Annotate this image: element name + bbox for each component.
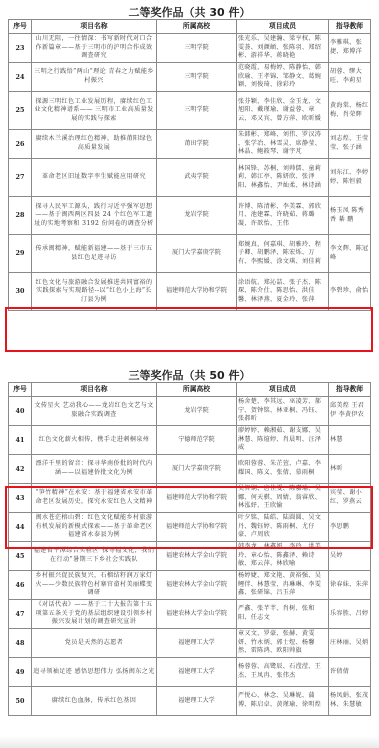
row-school: 福建农林大学金山学院 — [157, 542, 237, 571]
row-members: 严鑫、张芊芊、肖树、张和阳、任志文 — [237, 600, 329, 629]
row-members: 廖婷婷、赖湘茹、谢支娜、吴淋慧、陈煊婷、肖晨明、汪泽威 — [237, 426, 329, 455]
row-no: 42 — [9, 455, 32, 484]
row-no: 49 — [9, 658, 32, 687]
table-row: 27 革命老区旧址数字孪生赋能应用研究 武夷学院 林国锋、苏桐、刘帅儒、童莉莉、… — [9, 159, 371, 197]
row-school: 三明学院 — [157, 92, 237, 130]
row-school: 福建理工大学 — [157, 658, 237, 687]
row-teacher: 吴婷 — [329, 542, 371, 571]
table-row: 49 追寻领袖足迹 感悟思想伟力 弘扬闽东之光 福建理工大学 杨蓉蓉、高鹭辰、石… — [9, 658, 371, 687]
row-school: 龙岩学院 — [157, 197, 237, 235]
row-project-name: 红色文化与旅游融合发展推进共同富裕的实践探索与实现路径--以“红色小上海”长汀县… — [32, 273, 157, 311]
row-teacher: 杨凤娟、张茂林、朱慧敏 — [329, 687, 371, 716]
header-teacher: 指导教师 — [329, 383, 371, 397]
row-school: 福建理工大学 — [157, 629, 237, 658]
row-project-name: 探源三明红色工业发展历程，赓续红色工业文化精神谱系—— 三明市工业高质量发展的实… — [32, 92, 157, 130]
row-no: 24 — [9, 63, 32, 92]
row-members: 张芬颖、李佳欣、金玉龙、文旭阳、戴瑾瑜、谢益蓉、章云、邓又宾、曾方萍、欧昕媛 — [237, 92, 329, 130]
row-teacher: 胡蓉、缪大旺、李莉星 — [329, 63, 371, 92]
header-no: 序号 — [9, 20, 32, 34]
row-project-name: 赓续木兰溪治理红色精神，助推莆阳绿色高质量发展 — [32, 130, 157, 159]
row-members: 吴智娴、唐佳雯、陈嘉瑜、吴娜、何天骐、周婧、翁睿欣、林泓妤、王欣愉 — [237, 484, 329, 513]
row-no: 41 — [9, 426, 32, 455]
table-row: 28 探寻人民军工源头，践行习近平强军思想 ——基于闽西两区四县 24 个红色军… — [9, 197, 371, 235]
header-members: 项目成员 — [237, 20, 329, 34]
row-teacher: 刘志煌、王莹莹、张子涵 — [329, 130, 371, 159]
row-school: 武夷学院 — [157, 159, 237, 197]
header-project-name: 项目名称 — [32, 20, 157, 34]
row-teacher: 林昕 — [329, 455, 371, 484]
table-row: 50 赓续红色血脉，传承红色基因 福建理工大学 严悦心、林念、吴琳妮、蒲博、陈启… — [9, 687, 371, 716]
header-school: 所属高校 — [157, 20, 237, 34]
row-school: 宁德师范学院 — [157, 426, 237, 455]
row-members: 范晓霞、易梅婷、陈静怡、韩欣瑜、王孝锦、邹静文、葛婉颖、刘俊琦、徐彩玲 — [237, 63, 329, 92]
table-row: 45 福建省平潭综合实验区“探寻福文化，我们在行动”暑期三下乡社会实践队 福建农… — [9, 542, 371, 571]
table-row: 48 党员是天然的志愿者 福建理工大学 章又文、罗豪、张赫、黄雯妍、竹永炳、郭士… — [9, 629, 371, 658]
row-project-name: 追寻领袖足迹 感悟思想伟力 弘扬闽东之光 — [32, 658, 157, 687]
row-teacher: 许倩倩 — [329, 658, 371, 687]
table-row-highlighted: 30 红色文化与旅游融合发展推进共同富裕的实践探索与实现路径--以“红色小上海”… — [9, 273, 371, 311]
table-row-highlighted: 43 “笋竹精神”在永安：基于福建省永安市革命老区发展历史，探究永安红色人文精神… — [9, 484, 371, 513]
table-row: 29 传承闽精神，赋能新福建——基于三市五县红色足迹寻访 厦门大学嘉庚学院 郑婉… — [9, 235, 371, 273]
row-no: 30 — [9, 273, 32, 311]
row-members: 严悦心、林念、吴琳妮、蒲博、陈启卓、黄瑾瑜、徐明煌 — [237, 687, 329, 716]
table-row: 25 探源三明红色工业发展历程，赓续红色工业文化精神谱系—— 三明市工业高质量发… — [9, 92, 371, 130]
row-school: 厦门大学嘉庚学院 — [157, 235, 237, 273]
table-row: 40 文传星火 艺动我心——龙岩红色文艺与文旅融合实践调查 龙岩学院 杨舍楚、李… — [9, 397, 371, 426]
table-row: 24 三明之行践悟”两山“理论 青春之力赋能乡村振兴 三明学院 范晓霞、易梅婷、… — [9, 63, 371, 92]
row-members: 许博、陈清彬、李美霖、郭欣月、池建霖、许晓茹、蒋璐凝、许歆怡、王伟 — [237, 197, 329, 235]
second-prize-table: 序号 项目名称 所属高校 项目成员 指导教师 23 山川无阻，一往情深：书写新时… — [8, 19, 371, 311]
row-teacher: 杨玉凤 陈秀香 綦 鹏 — [329, 197, 371, 235]
row-teacher: 黄海棠、杨红梅、肖荣辉 — [329, 92, 371, 130]
row-no: 44 — [9, 513, 32, 542]
row-project-name: 文传星火 艺动我心——龙岩红色文艺与文旅融合实践调查 — [32, 397, 157, 426]
row-no: 50 — [9, 687, 32, 716]
table-row: 26 赓续木兰溪治理红色精神，助推莆阳绿色高质量发展 莆田学院 朱韩彬、郑峰、刘… — [9, 130, 371, 159]
row-school: 福建师范大学协和学院 — [157, 273, 237, 311]
row-no: 47 — [9, 600, 32, 629]
table-row: 23 山川无阻，一往情深：书写新时代对口合作新篇章——基于三明市的沪明合作成效调… — [9, 34, 371, 63]
row-project-name: “笋竹精神”在永安：基于福建省永安市革命老区发展历史，探究永安红色人文精神 — [32, 484, 157, 513]
row-teacher: 宾莹、谢小红、罗燕云 — [329, 484, 371, 513]
row-project-name: 山川无阻，一往情深：书写新时代对口合作新篇章——基于三明市的沪明合作成效调查研究 — [32, 34, 157, 63]
row-no: 26 — [9, 130, 32, 159]
row-project-name: 闽水苍茫榕山碧：红色文化赋能乡村旅游有机发展的新模式探索——基于革命老区福建省永… — [32, 513, 157, 542]
row-school: 福建农林大学金山学院 — [157, 571, 237, 600]
row-project-name: 党员是天然的志愿者 — [32, 629, 157, 658]
row-no: 48 — [9, 629, 32, 658]
header-project-name: 项目名称 — [32, 383, 157, 397]
row-teacher: 庄林丽、吴炳 — [329, 629, 371, 658]
row-project-name: 革命老区旧址数字孪生赋能应用研究 — [32, 159, 157, 197]
row-school: 福建农林大学金山学院 — [157, 600, 237, 629]
row-no: 40 — [9, 397, 32, 426]
row-teacher: 林慧 — [329, 426, 371, 455]
row-teacher: 李文辉、陈冠峰 — [329, 235, 371, 273]
row-project-name: 漂洋千里的留音：探寻华南侨批的时代内涵——以福建侨批文化为例 — [32, 455, 157, 484]
table-row: 41 红色文化薪火相传，携手走进刺桐泉州 宁德师范学院 廖婷婷、赖湘茹、谢支娜、… — [9, 426, 371, 455]
row-teacher: 李思鹏 — [329, 513, 371, 542]
row-school: 三明学院 — [157, 63, 237, 92]
row-school: 福建师范大学协和学院 — [157, 484, 237, 513]
row-project-name: 三明之行践悟”两山“理论 青春之力赋能乡村振兴 — [32, 63, 157, 92]
table-row: 46 乡村振兴促民族复兴，石榴结籽润万家灯火——少数民族特色村寨官畲村美丽蝶变调… — [9, 571, 371, 600]
table-row: 42 漂洋千里的留音：探寻华南侨批的时代内涵——以福建侨批文化为例 厦门大学嘉庚… — [9, 455, 371, 484]
table-header-row: 序号 项目名称 所属高校 项目成员 指导教师 — [9, 383, 371, 397]
row-no: 45 — [9, 542, 32, 571]
row-project-name: 赓续红色血脉，传承红色基因 — [32, 687, 157, 716]
row-teacher: 李雅琪、张捷、郑博洋 — [329, 34, 371, 63]
row-members: 朱韩彬、郑峰、刘伟、罗汉涛 、张学冶、林雪灵、席静莹、 林晶、鲍筱琴、谢宇芃 — [237, 130, 329, 159]
row-members: 杨舍楚、李其远、巫凌芳、郝宁、贺钟铭、林亚桐、冯钰、张郝昕 — [237, 397, 329, 426]
row-teacher: 刘东江、李婷婷、陈恒毅 — [329, 159, 371, 197]
row-school: 福建理工大学 — [157, 687, 237, 716]
row-teacher: 邱美煌 王君伊 李黄伊农 — [329, 397, 371, 426]
section-title-third-prize: 三等奖作品（共 50 件） — [0, 367, 379, 383]
row-school: 福建师范大学协和学院 — [157, 513, 237, 542]
row-members: 林国锋、苏桐、刘帅儒、童莉莉、韩江亭、陈妍欣、张泽阳、林鑫怡、尹灿柔、林诗涵 — [237, 159, 329, 197]
row-no: 46 — [9, 571, 32, 600]
row-members: 韩李龙、林鑫妍、李玲、洪美玲、章心怡、陈鑫泽、赖诗敏、郑云萍、林欣喻 — [237, 542, 329, 571]
row-no: 43 — [9, 484, 32, 513]
bottom-fade — [0, 736, 379, 748]
row-project-name: 红色文化薪火相传，携手走进刺桐泉州 — [32, 426, 157, 455]
row-school: 三明学院 — [157, 34, 237, 63]
row-members: 张光乐、吴建瀚、梁亨权、陈雯荟、刘颜頔、张陈羽、郑绍彬、游祥华、蒋晓艳 — [237, 34, 329, 63]
header-no: 序号 — [9, 383, 32, 397]
row-project-name: 《对话代表》——基于二十大报告第十五项第五条关于党的基层组织建设引领乡村振兴发展… — [32, 600, 157, 629]
row-teacher: 乐容胜、吕婷 — [329, 600, 371, 629]
row-members: 章又文、罗豪、张赫、黄雯妍、竹永炳、郭士煜、杨馨然、雷陈鸿、欧阳帅旗 — [237, 629, 329, 658]
row-teacher: 李碧珍、俞怡 — [329, 273, 371, 311]
table-row: 47 《对话代表》——基于二十大报告第十五项第五条关于党的基层组织建设引领乡村振… — [9, 600, 371, 629]
row-project-name: 探寻人民军工源头，践行习近平强军思想 ——基于闽西两区四县 24 个红色军工遗址… — [32, 197, 157, 235]
row-no: 28 — [9, 197, 32, 235]
row-project-name: 传承闽精神，赋能新福建——基于三市五县红色足迹寻访 — [32, 235, 157, 273]
row-project-name: 乡村振兴促民族复兴，石榴结籽润万家灯火——少数民族特色村寨官畲村美丽蝶变调研 — [32, 571, 157, 600]
header-teacher: 指导教师 — [329, 20, 371, 34]
row-no: 23 — [9, 34, 32, 63]
row-members: 叶夕铭、陆皓、陆圆圆、吴文丹、魏钰婷、陈雨桐、尤仔豪、卢周欣 — [237, 513, 329, 542]
table-row-highlighted: 44 闽水苍茫榕山碧：红色文化赋能乡村旅游有机发展的新模式探索——基于革命老区福… — [9, 513, 371, 542]
row-members: 欧阳蓉蓉、朱芷萱、卢嘉、李耀国、陈义、张倩、慕雨桐 — [237, 455, 329, 484]
row-members: 杨蓉蓉、高鹭辰、石滢滢、王杰、王凤冉、张伟杰 — [237, 658, 329, 687]
row-school: 莆田学院 — [157, 130, 237, 159]
row-no: 27 — [9, 159, 32, 197]
row-school: 龙岩学院 — [157, 397, 237, 426]
table-header-row: 序号 项目名称 所属高校 项目成员 指导教师 — [9, 20, 371, 34]
row-members: 涂语航、郑沁喆、张子杰、陈琛、陈介仕、陈思怡、洪佳馨、林泽燕、夏金玲、张萍 — [237, 273, 329, 311]
header-school: 所属高校 — [157, 383, 237, 397]
row-members: 杨婷婕、郑文艳、黄裕强、吴鲤伴、林慧莹、冉琳琳、李雯鑫、张研锦、吕玉萍 — [237, 571, 329, 600]
row-no: 29 — [9, 235, 32, 273]
row-members: 郑婉真、何嘉琪、胡雅玲、程子卿、胡鹏泽、陈宏烁、万有、李熙媛、涂文琪、刘佳莉 — [237, 235, 329, 273]
header-members: 项目成员 — [237, 383, 329, 397]
section-title-second-prize: 二等奖作品（共 30 件） — [0, 4, 379, 20]
row-no: 25 — [9, 92, 32, 130]
row-school: 厦门大学嘉庚学院 — [157, 455, 237, 484]
row-project-name: 福建省平潭综合实验区“探寻福文化，我们在行动”暑期三下乡社会实践队 — [32, 542, 157, 571]
row-teacher: 徐春妹、朱萍 — [329, 571, 371, 600]
third-prize-table: 序号 项目名称 所属高校 项目成员 指导教师 40 文传星火 艺动我心——龙岩红… — [8, 382, 371, 716]
highlight-box-row-30 — [5, 307, 373, 352]
